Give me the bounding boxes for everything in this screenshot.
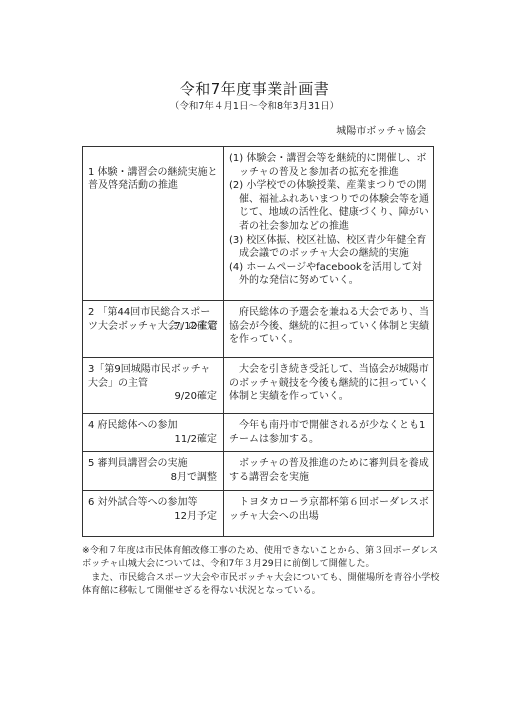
table-row: 6 対外試合等への参加等 12月予定 トヨタカローラ京都杯第６回ボーダレスボッチ… (83, 491, 434, 537)
table-row: 2 「第44回市民総合スポーツ大会ボッチャ大会」の主管 7/12確定 府民総体の… (83, 301, 434, 358)
item-date: 8月で調整 (88, 471, 219, 485)
item-title: 3「第9回城陽市民ボッチャ大会」の主管 (88, 363, 219, 390)
item-cell: 4 府民総体への参加 11/2確定 (83, 414, 224, 452)
document-title: 令和7年度事業計画書 (0, 80, 509, 98)
plan-table: 1 体験・講習会の継続実施と普及啓発活動の推進 (1) 体験会・講習会等を継続的… (82, 146, 434, 537)
plan-item: (2) 小学校での体験授業、産業まつりでの開催、福祉ふれあいまつりでの体験会等を… (229, 179, 429, 233)
plan-item: (4) ホームページやfacebookを活用して対外的な発信に努めていく。 (229, 261, 429, 288)
footnote-paragraph-2: また、市民総合スポーツ大会や市民ボッチャ大会についても、開催場所を青谷小学校体育… (82, 571, 442, 598)
document-period: （令和7年４月1日～令和8年3月31日） (0, 101, 509, 113)
item-cell: 5 審判員講習会の実施 8月で調整 (83, 452, 224, 491)
table-row: 1 体験・講習会の継続実施と普及啓発活動の推進 (1) 体験会・講習会等を継続的… (83, 147, 434, 301)
organization-name: 城陽市ボッチャ協会 (336, 126, 426, 138)
item-cell: 3「第9回城陽市民ボッチャ大会」の主管 9/20確定 (83, 358, 224, 414)
item-date: 12月予定 (88, 510, 219, 524)
plan-item: (1) 体験会・講習会等を継続的に開催し、ボッチャの普及と参加者の拡充を推進 (229, 152, 429, 179)
item-title: 4 府民総体への参加 (88, 419, 219, 433)
description-cell: 大会を引き続き受託して、当協会が城陽市のボッチャ競技を今後も継続的に担っていく体… (224, 358, 434, 414)
footnote-paragraph-1: ※令和７年度は市民体育館改修工事のため、使用できないことから、第３回ボーダレスボ… (82, 544, 442, 571)
plan-list: (1) 体験会・講習会等を継続的に開催し、ボッチャの普及と参加者の拡充を推進 (… (229, 152, 429, 288)
item-description: ボッチャの普及推進のために審判員を養成する講習会を実施 (229, 457, 429, 484)
item-title: 1 体験・講習会の継続実施と普及啓発活動の推進 (88, 166, 219, 193)
description-cell: トヨタカローラ京都杯第６回ボーダレスボッチャ大会への出場 (224, 491, 434, 537)
item-description: 今年も南丹市で開催されるが少なくとも1チームは参加する。 (229, 419, 429, 446)
table-row: 4 府民総体への参加 11/2確定 今年も南丹市で開催されるが少なくとも1チーム… (83, 414, 434, 452)
footnote: ※令和７年度は市民体育館改修工事のため、使用できないことから、第３回ボーダレスボ… (82, 544, 442, 598)
item-title: 6 対外試合等への参加等 (88, 496, 219, 510)
item-cell: 1 体験・講習会の継続実施と普及啓発活動の推進 (83, 147, 224, 301)
table-row: 3「第9回城陽市民ボッチャ大会」の主管 9/20確定 大会を引き続き受託して、当… (83, 358, 434, 414)
plan-cell: (1) 体験会・講習会等を継続的に開催し、ボッチャの普及と参加者の拡充を推進 (… (224, 147, 434, 301)
item-cell: 2 「第44回市民総合スポーツ大会ボッチャ大会」の主管 7/12確定 (83, 301, 224, 358)
item-description: トヨタカローラ京都杯第６回ボーダレスボッチャ大会への出場 (229, 496, 429, 523)
plan-item: (3) 校区体振、校区社協、校区青少年健全育成会議でのボッチャ大会の継続的実施 (229, 234, 429, 261)
item-date: 11/2確定 (88, 433, 219, 447)
item-date: 9/20確定 (88, 390, 219, 404)
document-page: 令和7年度事業計画書 （令和7年４月1日～令和8年3月31日） 城陽市ボッチャ協… (0, 0, 509, 720)
item-description: 大会を引き続き受託して、当協会が城陽市のボッチャ競技を今後も継続的に担っていく体… (229, 363, 429, 404)
description-cell: ボッチャの普及推進のために審判員を養成する講習会を実施 (224, 452, 434, 491)
description-cell: 今年も南丹市で開催されるが少なくとも1チームは参加する。 (224, 414, 434, 452)
item-title: 5 審判員講習会の実施 (88, 457, 219, 471)
item-cell: 6 対外試合等への参加等 12月予定 (83, 491, 224, 537)
table-row: 5 審判員講習会の実施 8月で調整 ボッチャの普及推進のために審判員を養成する講… (83, 452, 434, 491)
item-description: 府民総体の予選会を兼ねる大会であり、当協会が今後、継続的に担っていく体制と実績を… (229, 306, 429, 347)
description-cell: 府民総体の予選会を兼ねる大会であり、当協会が今後、継続的に担っていく体制と実績を… (224, 301, 434, 358)
